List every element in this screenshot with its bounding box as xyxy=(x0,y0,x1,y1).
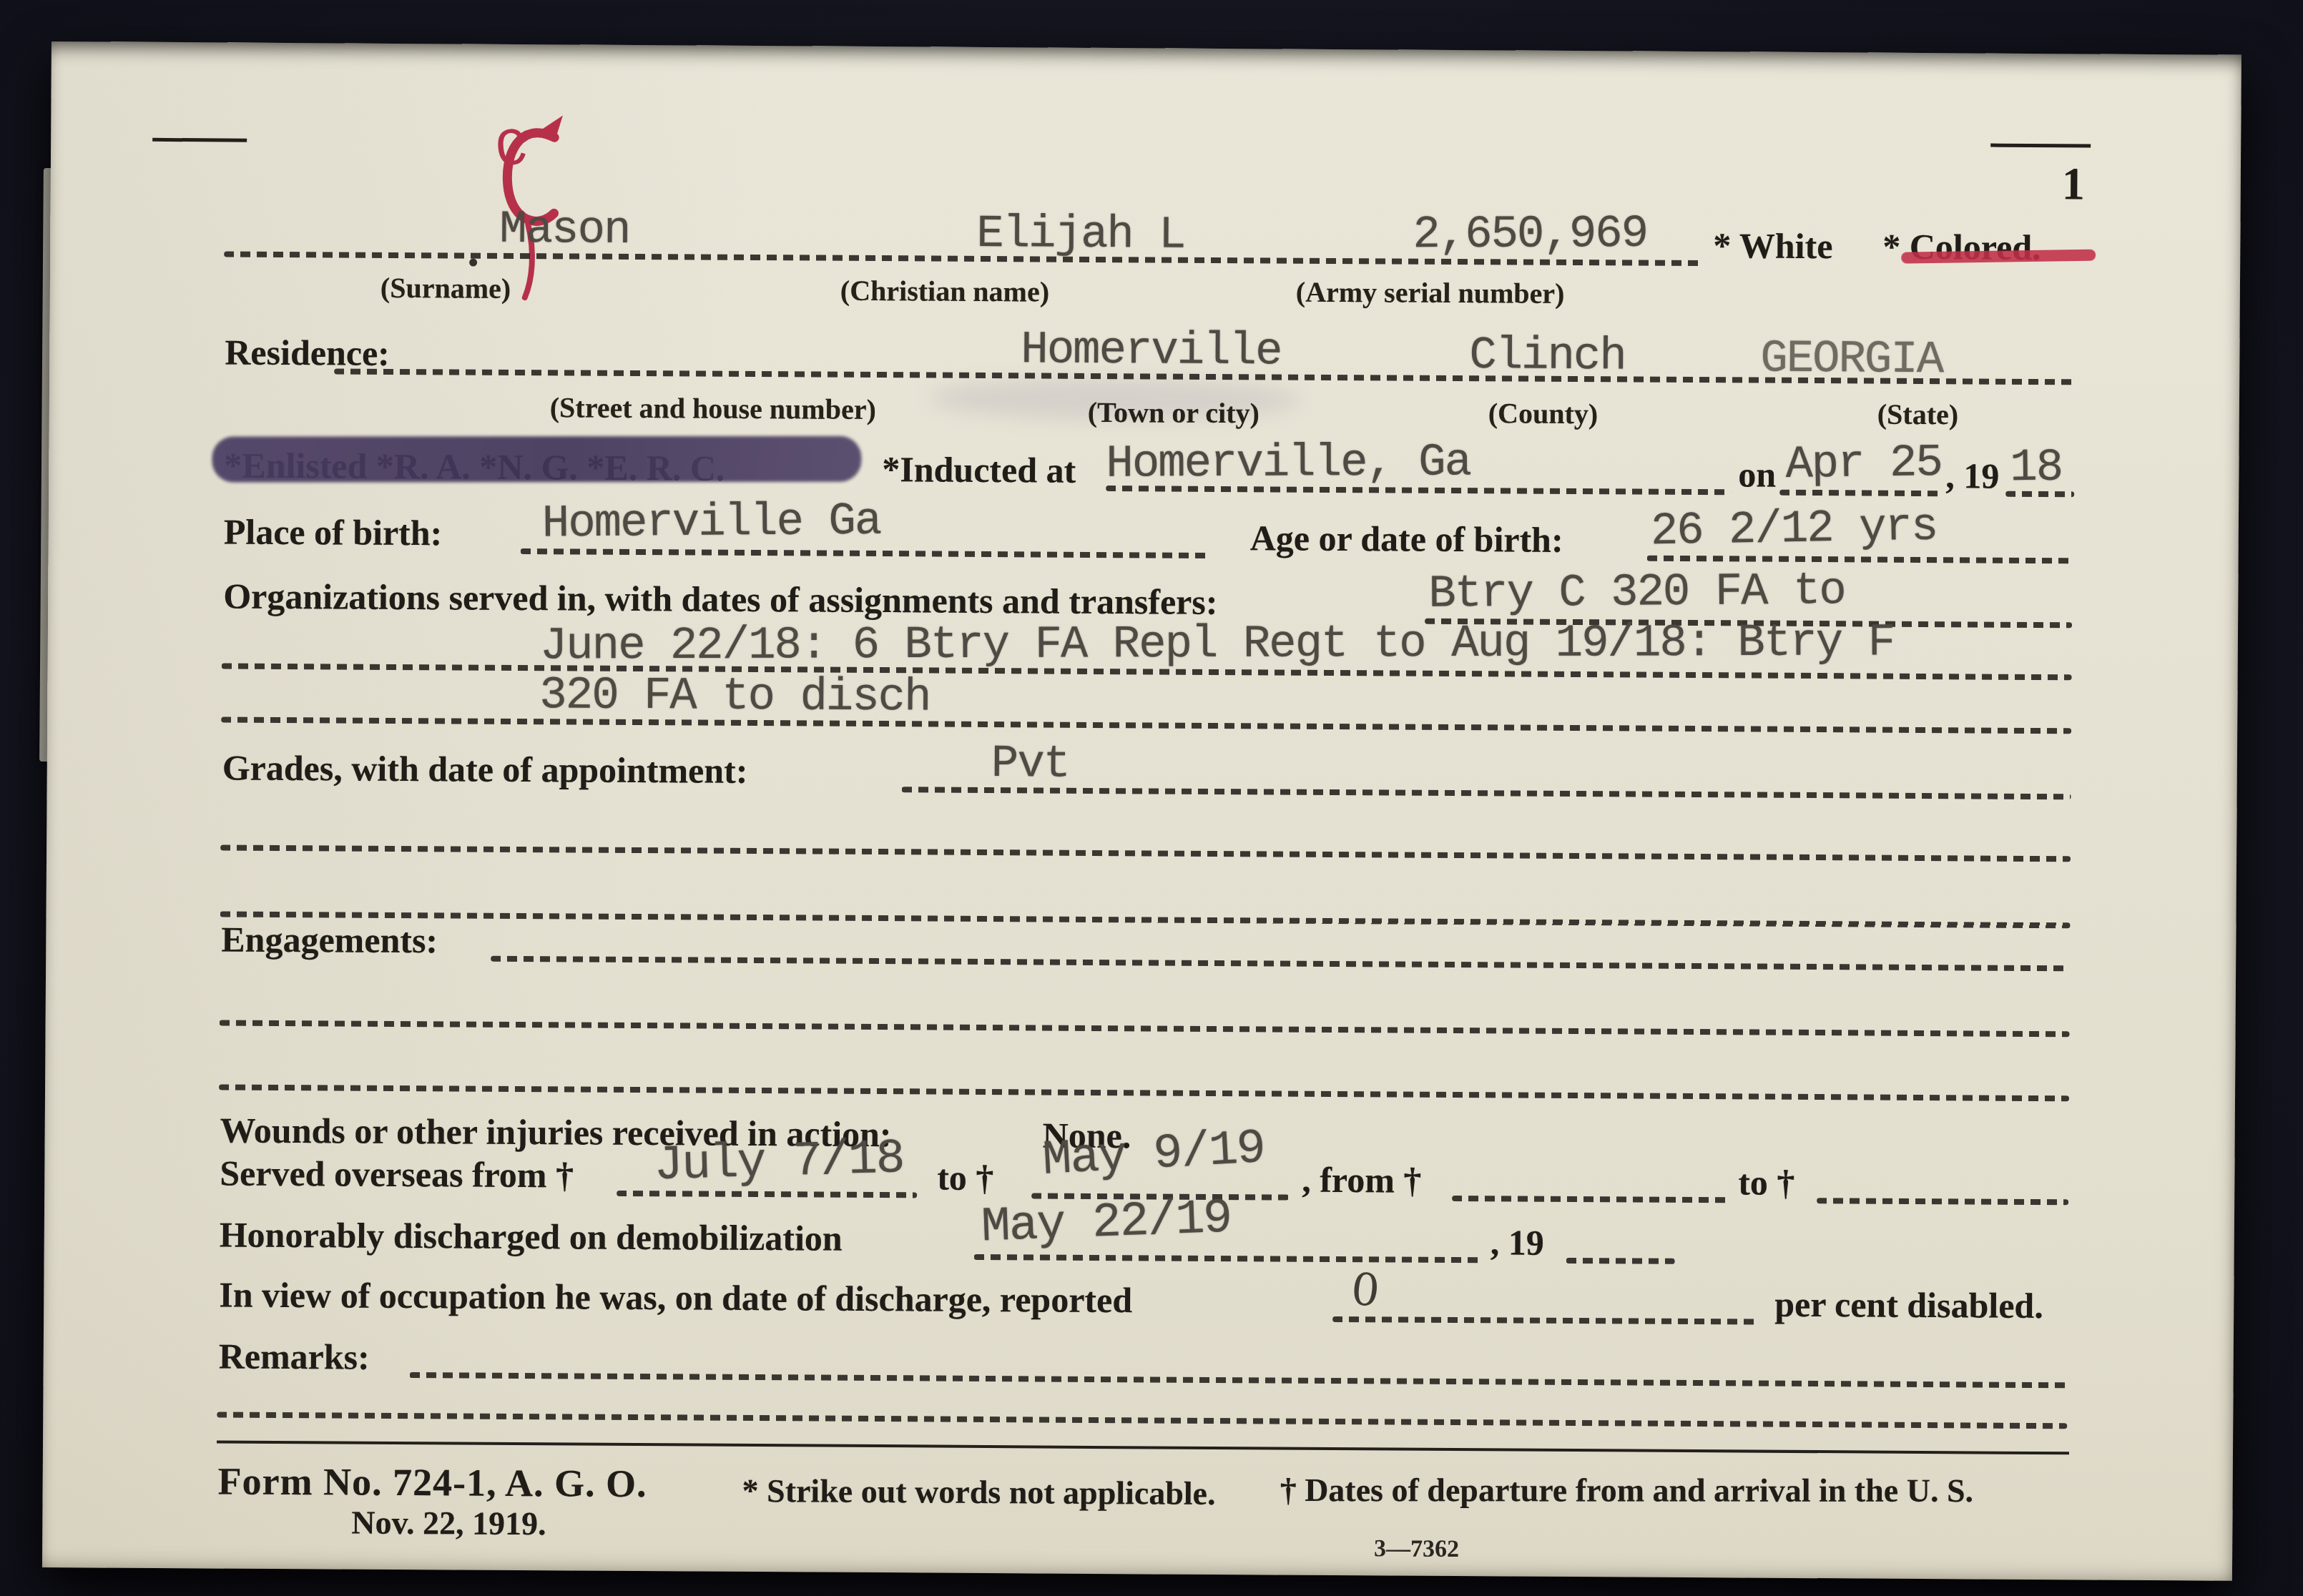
induction-date-dots xyxy=(1779,490,1943,496)
page-number: 1 xyxy=(2062,161,2085,207)
footer-rule xyxy=(217,1440,2069,1454)
street-caption: (Street and house number) xyxy=(550,393,876,424)
town-caption: (Town or city) xyxy=(1088,398,1259,428)
inducted-at-label: *Inducted at xyxy=(882,451,1076,488)
induction-place-value: Homerville, Ga xyxy=(1106,440,1470,487)
discharge-dots2 xyxy=(1566,1258,1675,1264)
form-number: Form No. 724-1, A. G. O. xyxy=(218,1462,647,1503)
grades-dots xyxy=(902,787,2071,799)
overseas-to1-value: May 9/19 xyxy=(1041,1125,1266,1186)
overseas-to-label1: to † xyxy=(937,1160,993,1196)
birth-label: Place of birth: xyxy=(224,513,443,551)
organizations-dots3 xyxy=(221,716,2071,734)
state-caption: (State) xyxy=(1877,400,1959,430)
grades-value: Pvt xyxy=(991,742,1070,788)
dagger-note: † Dates of departure from and arrival in… xyxy=(1280,1474,1973,1507)
discharge-date-value: May 22/19 xyxy=(981,1195,1232,1253)
overseas-dots3 xyxy=(1452,1196,1729,1203)
top-right-rule xyxy=(1990,144,2091,148)
induction-date-value: Apr 25 xyxy=(1785,440,1942,488)
purple-ink-blot xyxy=(212,436,861,483)
scanned-photo-background: 1 C Mason Elijah L 2,650,969 * White * C… xyxy=(0,0,2303,1596)
christian-name-value: Elijah L xyxy=(976,212,1185,259)
disability-value: 0 xyxy=(1349,1263,1382,1317)
blank-dots-4 xyxy=(219,1084,2069,1101)
organizations-line2: June 22/18: 6 Btry FA Repl Regt to Aug 1… xyxy=(540,620,1894,669)
engagements-label: Engagements: xyxy=(221,921,438,958)
race-white-label: * White xyxy=(1713,227,1832,264)
form-date: Nov. 22, 1919. xyxy=(351,1507,546,1541)
on-label: on xyxy=(1738,456,1776,492)
strike-note: * Strike out words not applicable. xyxy=(742,1474,1215,1510)
engagements-dots xyxy=(491,956,2070,971)
grades-label: Grades, with date of appointment: xyxy=(222,749,748,788)
overseas-dots4 xyxy=(1817,1198,2068,1205)
age-dots xyxy=(1647,556,2073,564)
induction-year-value: 18 xyxy=(2010,445,2063,492)
serial-caption: (Army serial number) xyxy=(1296,278,1565,308)
discharge-label: Honorably discharged on demobilization xyxy=(220,1216,843,1256)
age-label: Age or date of birth: xyxy=(1250,520,1563,558)
disability-label: In view of occupation he was, on date of… xyxy=(219,1276,1132,1318)
bottom-dots xyxy=(217,1412,2067,1429)
print-code: 3—7362 xyxy=(1374,1535,1459,1563)
overseas-dots1 xyxy=(617,1191,917,1198)
discharge-dots1 xyxy=(974,1254,1483,1263)
organizations-line1: Btry C 320 FA to xyxy=(1428,568,1845,618)
correction-letter: C xyxy=(493,123,529,179)
induction-place-dots xyxy=(1106,486,1731,495)
residence-county-value: Clinch xyxy=(1469,333,1626,380)
age-value: 26 2/12 yrs xyxy=(1650,505,1937,556)
year-printed-label: , 19 xyxy=(1945,458,1999,493)
birth-place-value: Homerville Ga xyxy=(542,499,881,548)
county-caption: (County) xyxy=(1488,399,1599,428)
christian-caption: (Christian name) xyxy=(840,277,1049,307)
overseas-to-label2: to † xyxy=(1738,1164,1794,1200)
surname-caption: (Surname) xyxy=(380,274,511,303)
top-left-rule xyxy=(152,138,247,142)
residence-town-value: Homerville xyxy=(1021,327,1281,375)
induction-year-dots xyxy=(2005,491,2074,498)
red-strike-colored xyxy=(1901,250,2096,264)
serial-number-value: 2,650,969 xyxy=(1413,212,1647,258)
disability-dots xyxy=(1332,1316,1757,1325)
blank-dots-2 xyxy=(220,911,2071,928)
blank-dots-3 xyxy=(220,1020,2070,1037)
organizations-line3: 320 FA to disch xyxy=(539,673,930,721)
discharge-year-label: , 19 xyxy=(1491,1224,1544,1260)
disability-suffix: per cent disabled. xyxy=(1774,1286,2043,1324)
overseas-label: Served overseas from † xyxy=(220,1155,574,1193)
birth-dots xyxy=(521,548,1211,558)
residence-state-value: GEORGIA xyxy=(1760,337,1943,384)
typed-dot-mark xyxy=(469,259,477,267)
service-record-card: 1 C Mason Elijah L 2,650,969 * White * C… xyxy=(42,41,2241,1581)
remarks-dots xyxy=(410,1372,2068,1388)
blank-dots-1 xyxy=(220,844,2071,862)
residence-label: Residence: xyxy=(225,334,390,370)
overseas-from-label2: , from † xyxy=(1302,1162,1421,1198)
surname-value: Mason xyxy=(499,207,629,254)
overseas-from1-value: July 7/18 xyxy=(654,1135,905,1191)
remarks-label: Remarks: xyxy=(219,1338,370,1374)
organizations-label: Organizations served in, with dates of a… xyxy=(223,578,1218,619)
